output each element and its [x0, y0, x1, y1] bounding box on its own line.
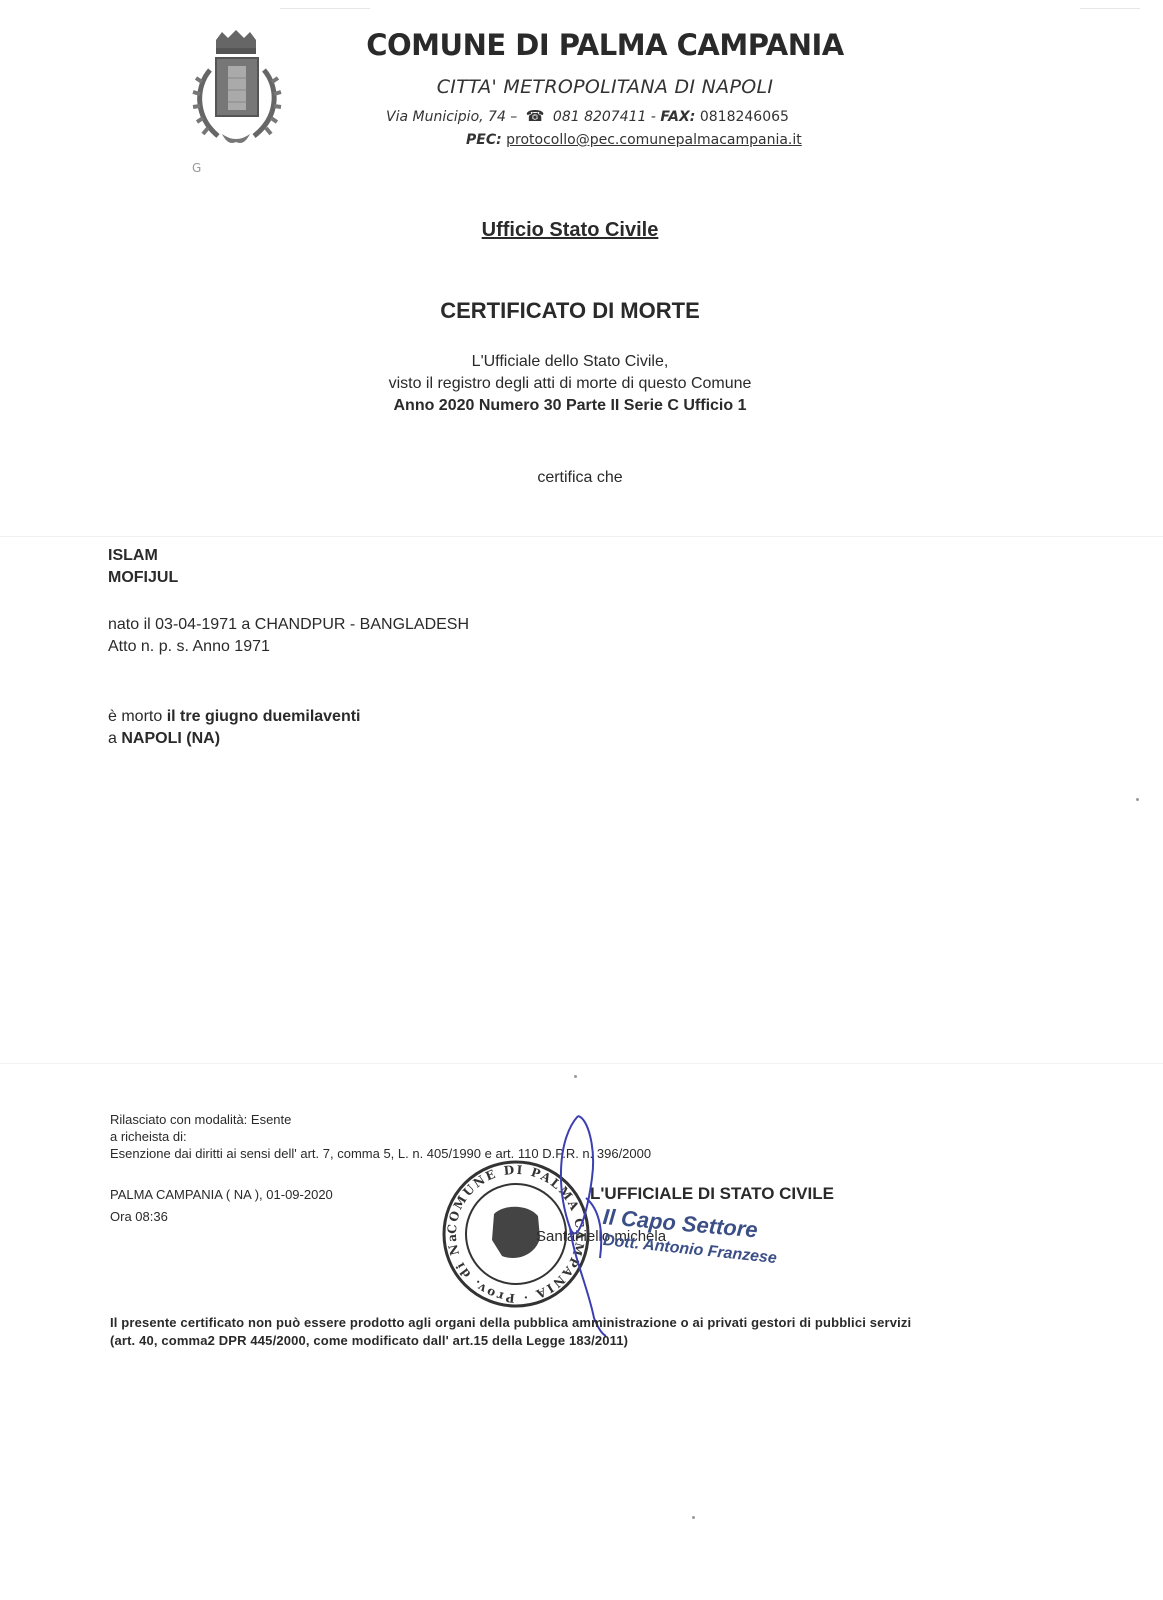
- handwritten-signature: [548, 1108, 618, 1338]
- birth-line: nato il 03-04-1971 a CHANDPUR - BANGLADE…: [108, 614, 469, 636]
- given-name: MOFIJUL: [108, 567, 178, 589]
- office-heading: Ufficio Stato Civile: [340, 219, 800, 242]
- death-date: il tre giugno duemilaventi: [167, 708, 361, 725]
- intro-line-2: visto il registro degli atti di morte di…: [300, 373, 840, 395]
- death-place-line: a NAPOLI (NA): [108, 728, 361, 750]
- phone-number: 081 8207411: [553, 109, 647, 125]
- person-name: ISLAM MOFIJUL: [108, 545, 178, 589]
- scan-artifact: [280, 8, 370, 9]
- usage-disclaimer: Il presente certificato non può essere p…: [110, 1314, 1050, 1350]
- intro-line-1: L'Ufficiale dello Stato Civile,: [300, 351, 840, 373]
- scan-speck: [574, 1075, 577, 1078]
- certifies-text: certifica che: [500, 469, 660, 487]
- address-line: Via Municipio, 74 – ☎ 081 8207411 - FAX:…: [386, 107, 789, 125]
- scan-speck: [692, 1516, 695, 1519]
- pec-label: PEC:: [466, 132, 502, 148]
- birth-act: Atto n. p. s. Anno 1971: [108, 636, 469, 658]
- scan-artifact: [1080, 8, 1140, 9]
- document-title: CERTIFICATO DI MORTE: [340, 298, 800, 324]
- scan-speck: [1136, 798, 1139, 801]
- death-info: è morto il tre giugno duemilaventi a NAP…: [108, 706, 361, 750]
- disclaimer-line-2: (art. 40, comma2 DPR 445/2000, come modi…: [110, 1332, 1050, 1350]
- telephone-icon: ☎: [526, 107, 545, 125]
- disclaimer-line-1: Il presente certificato non può essere p…: [110, 1314, 1050, 1332]
- municipality-title: COMUNE DI PALMA CAMPANIA: [340, 28, 870, 62]
- registry-reference: Anno 2020 Numero 30 Parte II Serie C Uff…: [300, 395, 840, 417]
- intro-block: L'Ufficiale dello Stato Civile, visto il…: [300, 351, 840, 417]
- birth-info: nato il 03-04-1971 a CHANDPUR - BANGLADE…: [108, 614, 469, 658]
- issue-time: Ora 08:36: [110, 1206, 333, 1228]
- scan-artifact: [0, 536, 1163, 537]
- death-place: NAPOLI (NA): [121, 730, 220, 747]
- officer-title: L'UFFICIALE DI STATO CIVILE: [590, 1184, 834, 1204]
- street-address: Via Municipio, 74 –: [386, 109, 517, 125]
- death-date-line: è morto il tre giugno duemilaventi: [108, 706, 361, 728]
- fax-number: 0818246065: [700, 109, 789, 125]
- pec-line: PEC: protocollo@pec.comunepalmacampania.…: [466, 132, 802, 148]
- scan-artifact: [0, 1063, 1163, 1064]
- svg-text:G: G: [192, 161, 201, 175]
- place-date: PALMA CAMPANIA ( NA ), 01-09-2020: [110, 1184, 333, 1206]
- place-date-block: PALMA CAMPANIA ( NA ), 01-09-2020 Ora 08…: [110, 1184, 333, 1228]
- municipal-crest-icon: G: [188, 26, 284, 176]
- surname: ISLAM: [108, 545, 178, 567]
- municipality-subtitle: CITTA' METROPOLITANA DI NAPOLI: [340, 76, 870, 98]
- fax-label: FAX:: [660, 109, 695, 125]
- pec-email-link[interactable]: protocollo@pec.comunepalmacampania.it: [506, 132, 802, 148]
